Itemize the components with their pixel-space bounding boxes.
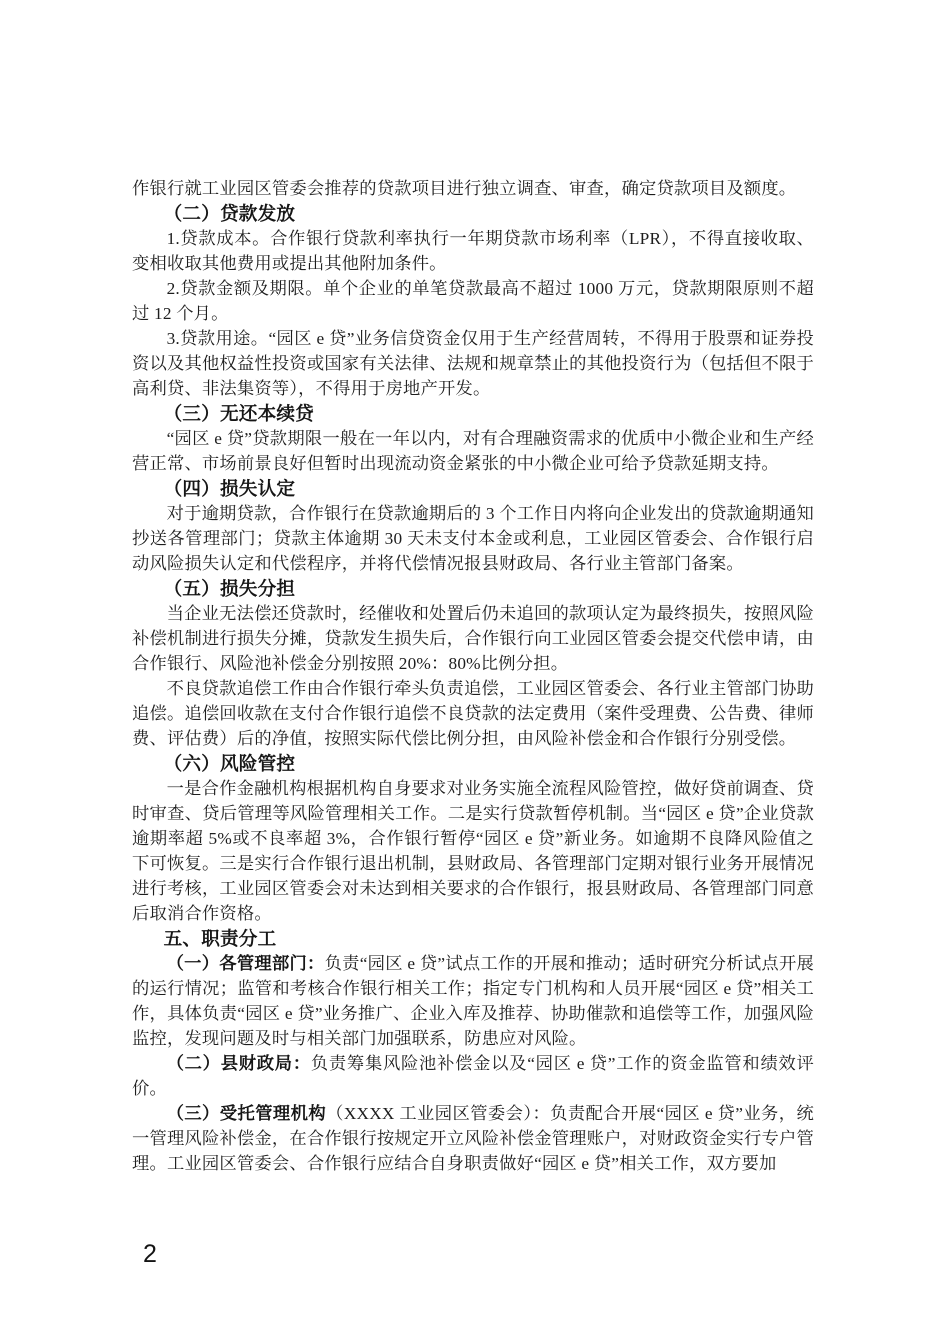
heading: （五）损失分担 [132, 576, 814, 601]
heading: （四）损失认定 [132, 476, 814, 501]
heading: 五、职责分工 [132, 926, 814, 951]
heading: （六）风险管控 [132, 751, 814, 776]
document-page: 作银行就工业园区管委会推荐的贷款项目进行独立调查、审查，确定贷款项目及额度。（二… [0, 0, 950, 1344]
paragraph: （二）县财政局：负责筹集风险池补偿金以及“园区 e 贷”工作的资金监管和绩效评价… [132, 1051, 814, 1101]
text-run: 作银行就工业园区管委会推荐的贷款项目进行独立调查、审查，确定贷款项目及额度。 [132, 179, 796, 198]
paragraph: 不良贷款追偿工作由合作银行牵头负责追偿，工业园区管委会、各行业主管部门协助追偿。… [132, 676, 814, 751]
document-body: 作银行就工业园区管委会推荐的贷款项目进行独立调查、审查，确定贷款项目及额度。（二… [132, 176, 814, 1176]
text-run: 对于逾期贷款，合作银行在贷款逾期后的 3 个工作日内将向企业发出的贷款逾期通知抄… [132, 504, 814, 573]
paragraph: 当企业无法偿还贷款时，经催收和处置后仍未追回的款项认定为最终损失，按照风险补偿机… [132, 601, 814, 676]
bold-text-run: （三）无还本续贷 [164, 403, 314, 424]
bold-text-run: （二）贷款发放 [164, 203, 296, 224]
text-run: 1.贷款成本。合作银行贷款利率执行一年期贷款市场利率（LPR），不得直接收取、变… [132, 229, 814, 273]
bold-text-run: （五）损失分担 [164, 578, 296, 599]
text-run: 一是合作金融机构根据机构自身要求对业务实施全流程风险管控，做好贷前调查、贷时审查… [132, 779, 814, 923]
page-number: 2 [143, 1237, 157, 1271]
paragraph: 作银行就工业园区管委会推荐的贷款项目进行独立调查、审查，确定贷款项目及额度。 [132, 176, 814, 201]
heading: （二）贷款发放 [132, 201, 814, 226]
bold-text-run: 五、职责分工 [164, 928, 277, 949]
bold-text-run: （六）风险管控 [164, 753, 296, 774]
text-run: 3.贷款用途。“园区 e 贷”业务信贷资金仅用于生产经营周转，不得用于股票和证券… [132, 329, 814, 398]
paragraph: （一）各管理部门：负责“园区 e 贷”试点工作的开展和推动；适时研究分析试点开展… [132, 951, 814, 1051]
paragraph: （三）受托管理机构（XXXX 工业园区管委会）：负责配合开展“园区 e 贷”业务… [132, 1101, 814, 1176]
text-run: 当企业无法偿还贷款时，经催收和处置后仍未追回的款项认定为最终损失，按照风险补偿机… [132, 604, 814, 673]
bold-text-run: （四）损失认定 [164, 478, 296, 499]
bold-text-run: （一）各管理部门： [167, 953, 325, 973]
bold-text-run: （二）县财政局： [167, 1053, 311, 1073]
paragraph: “园区 e 贷”贷款期限一般在一年以内，对有合理融资需求的优质中小微企业和生产经… [132, 426, 814, 476]
paragraph: 2.贷款金额及期限。单个企业的单笔贷款最高不超过 1000 万元，贷款期限原则不… [132, 276, 814, 326]
paragraph: 一是合作金融机构根据机构自身要求对业务实施全流程风险管控，做好贷前调查、贷时审查… [132, 776, 814, 926]
text-run: 不良贷款追偿工作由合作银行牵头负责追偿，工业园区管委会、各行业主管部门协助追偿。… [132, 679, 814, 748]
text-run: “园区 e 贷”贷款期限一般在一年以内，对有合理融资需求的优质中小微企业和生产经… [132, 429, 814, 473]
paragraph: 对于逾期贷款，合作银行在贷款逾期后的 3 个工作日内将向企业发出的贷款逾期通知抄… [132, 501, 814, 576]
text-run: 2.贷款金额及期限。单个企业的单笔贷款最高不超过 1000 万元，贷款期限原则不… [132, 279, 814, 323]
bold-text-run: （三）受托管理机构 [167, 1103, 327, 1123]
heading: （三）无还本续贷 [132, 401, 814, 426]
paragraph: 3.贷款用途。“园区 e 贷”业务信贷资金仅用于生产经营周转，不得用于股票和证券… [132, 326, 814, 401]
paragraph: 1.贷款成本。合作银行贷款利率执行一年期贷款市场利率（LPR），不得直接收取、变… [132, 226, 814, 276]
